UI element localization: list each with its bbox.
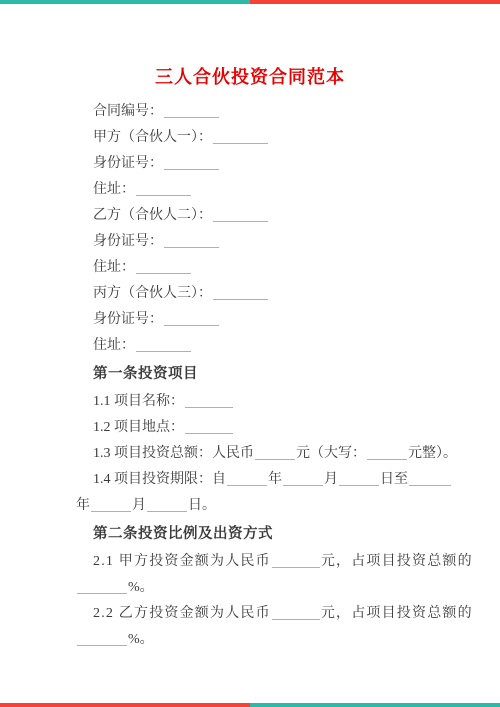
text-segment: 乙方（合伙人二）： — [93, 208, 212, 223]
blank-field — [339, 471, 379, 486]
line-party-a-address: 住址： — [76, 177, 460, 203]
text-segment: 第一条投资项目 — [93, 366, 198, 382]
text-segment: 日至 — [380, 472, 408, 487]
blank-field — [213, 285, 268, 300]
text-segment: 日。 — [188, 498, 216, 513]
blank-field — [147, 497, 187, 512]
text-segment: 甲方（合伙人一）： — [93, 130, 212, 145]
text-segment: 合同编号： — [93, 104, 163, 119]
text-segment: 1.4 项目投资期限：自 — [93, 472, 226, 487]
blank-field — [283, 471, 323, 486]
heading-article-1: 第一条投资项目 — [76, 361, 460, 387]
line-1-1-project-name: 1.1 项目名称： — [76, 389, 460, 415]
text-segment: 第二条投资比例及出资方式 — [93, 526, 273, 542]
blank-field — [164, 311, 219, 326]
blank-field — [136, 337, 191, 352]
line-party-c-address: 住址： — [76, 333, 460, 359]
line-party-a: 甲方（合伙人一）： — [76, 125, 460, 151]
line-party-a-id: 身份证号： — [76, 151, 460, 177]
text-segment: 身份证号： — [93, 156, 163, 171]
blank-field — [272, 605, 320, 620]
document-title: 三人合伙投资合同范本 — [0, 64, 500, 90]
line-2-1-percent: %。 — [76, 575, 460, 601]
text-segment: 月 — [132, 498, 146, 513]
text-segment: %。 — [128, 580, 154, 595]
blank-field — [91, 497, 131, 512]
line-contract-number: 合同编号： — [76, 99, 460, 125]
text-segment: 住址： — [93, 338, 135, 353]
text-segment: 身份证号： — [93, 312, 163, 327]
text-segment: 2.2 乙方投资金额为人民币 — [93, 606, 271, 621]
text-segment: 元（大写： — [296, 446, 366, 461]
text-segment: 1.1 项目名称： — [93, 394, 184, 409]
blank-field — [164, 103, 219, 118]
blank-field — [255, 445, 295, 460]
line-party-b-id: 身份证号： — [76, 229, 460, 255]
line-1-4-term-wrap: 年月日。 — [76, 493, 460, 519]
blank-field — [77, 579, 127, 594]
blank-field — [213, 207, 268, 222]
text-segment: 2.1 甲方投资金额为人民币 — [93, 554, 271, 569]
blank-field — [185, 419, 233, 434]
text-segment: 月 — [324, 472, 338, 487]
text-segment: 元，占项目投资总额的 — [321, 554, 473, 569]
blank-field — [136, 259, 191, 274]
text-segment: %。 — [128, 632, 154, 647]
line-2-2-percent: %。 — [76, 627, 460, 653]
blank-field — [367, 445, 407, 460]
heading-article-2: 第二条投资比例及出资方式 — [76, 521, 460, 547]
blank-field — [136, 181, 191, 196]
line-party-b-address: 住址： — [76, 255, 460, 281]
blank-field — [164, 155, 219, 170]
blank-field — [213, 129, 268, 144]
text-segment: 1.3 项目投资总额：人民币 — [93, 446, 254, 461]
line-1-4-investment-term: 1.4 项目投资期限：自年月日至 — [76, 467, 460, 493]
text-segment: 住址： — [93, 182, 135, 197]
blank-field — [272, 553, 320, 568]
text-segment: 身份证号： — [93, 234, 163, 249]
text-segment: 丙方（合伙人三）： — [93, 286, 212, 301]
line-party-c: 丙方（合伙人三）： — [76, 281, 460, 307]
text-segment: 元整）。 — [408, 446, 457, 461]
line-2-2-party-b-amount: 2.2 乙方投资金额为人民币元，占项目投资总额的 — [76, 601, 460, 627]
bottom-left-accent-bar — [0, 703, 250, 707]
text-segment: 1.2 项目地点： — [93, 420, 184, 435]
blank-field — [164, 233, 219, 248]
document-body: 合同编号：甲方（合伙人一）：身份证号：住址：乙方（合伙人二）：身份证号：住址：丙… — [0, 99, 500, 653]
top-left-accent-bar — [0, 0, 250, 4]
line-1-2-project-location: 1.2 项目地点： — [76, 415, 460, 441]
text-segment: 元，占项目投资总额的 — [321, 606, 473, 621]
text-segment: 年 — [76, 498, 90, 513]
contract-page: 三人合伙投资合同范本 合同编号：甲方（合伙人一）：身份证号：住址：乙方（合伙人二… — [0, 0, 500, 707]
blank-field — [227, 471, 267, 486]
top-right-accent-bar — [250, 0, 500, 4]
blank-field — [185, 393, 233, 408]
blank-field — [409, 471, 451, 486]
line-2-1-party-a-amount: 2.1 甲方投资金额为人民币元，占项目投资总额的 — [76, 549, 460, 575]
text-segment: 住址： — [93, 260, 135, 275]
line-1-3-total-investment: 1.3 项目投资总额：人民币元（大写：元整）。 — [76, 441, 460, 467]
line-party-b: 乙方（合伙人二）： — [76, 203, 460, 229]
text-segment: 年 — [268, 472, 282, 487]
line-party-c-id: 身份证号： — [76, 307, 460, 333]
bottom-right-accent-bar — [250, 703, 500, 707]
blank-field — [77, 631, 127, 646]
